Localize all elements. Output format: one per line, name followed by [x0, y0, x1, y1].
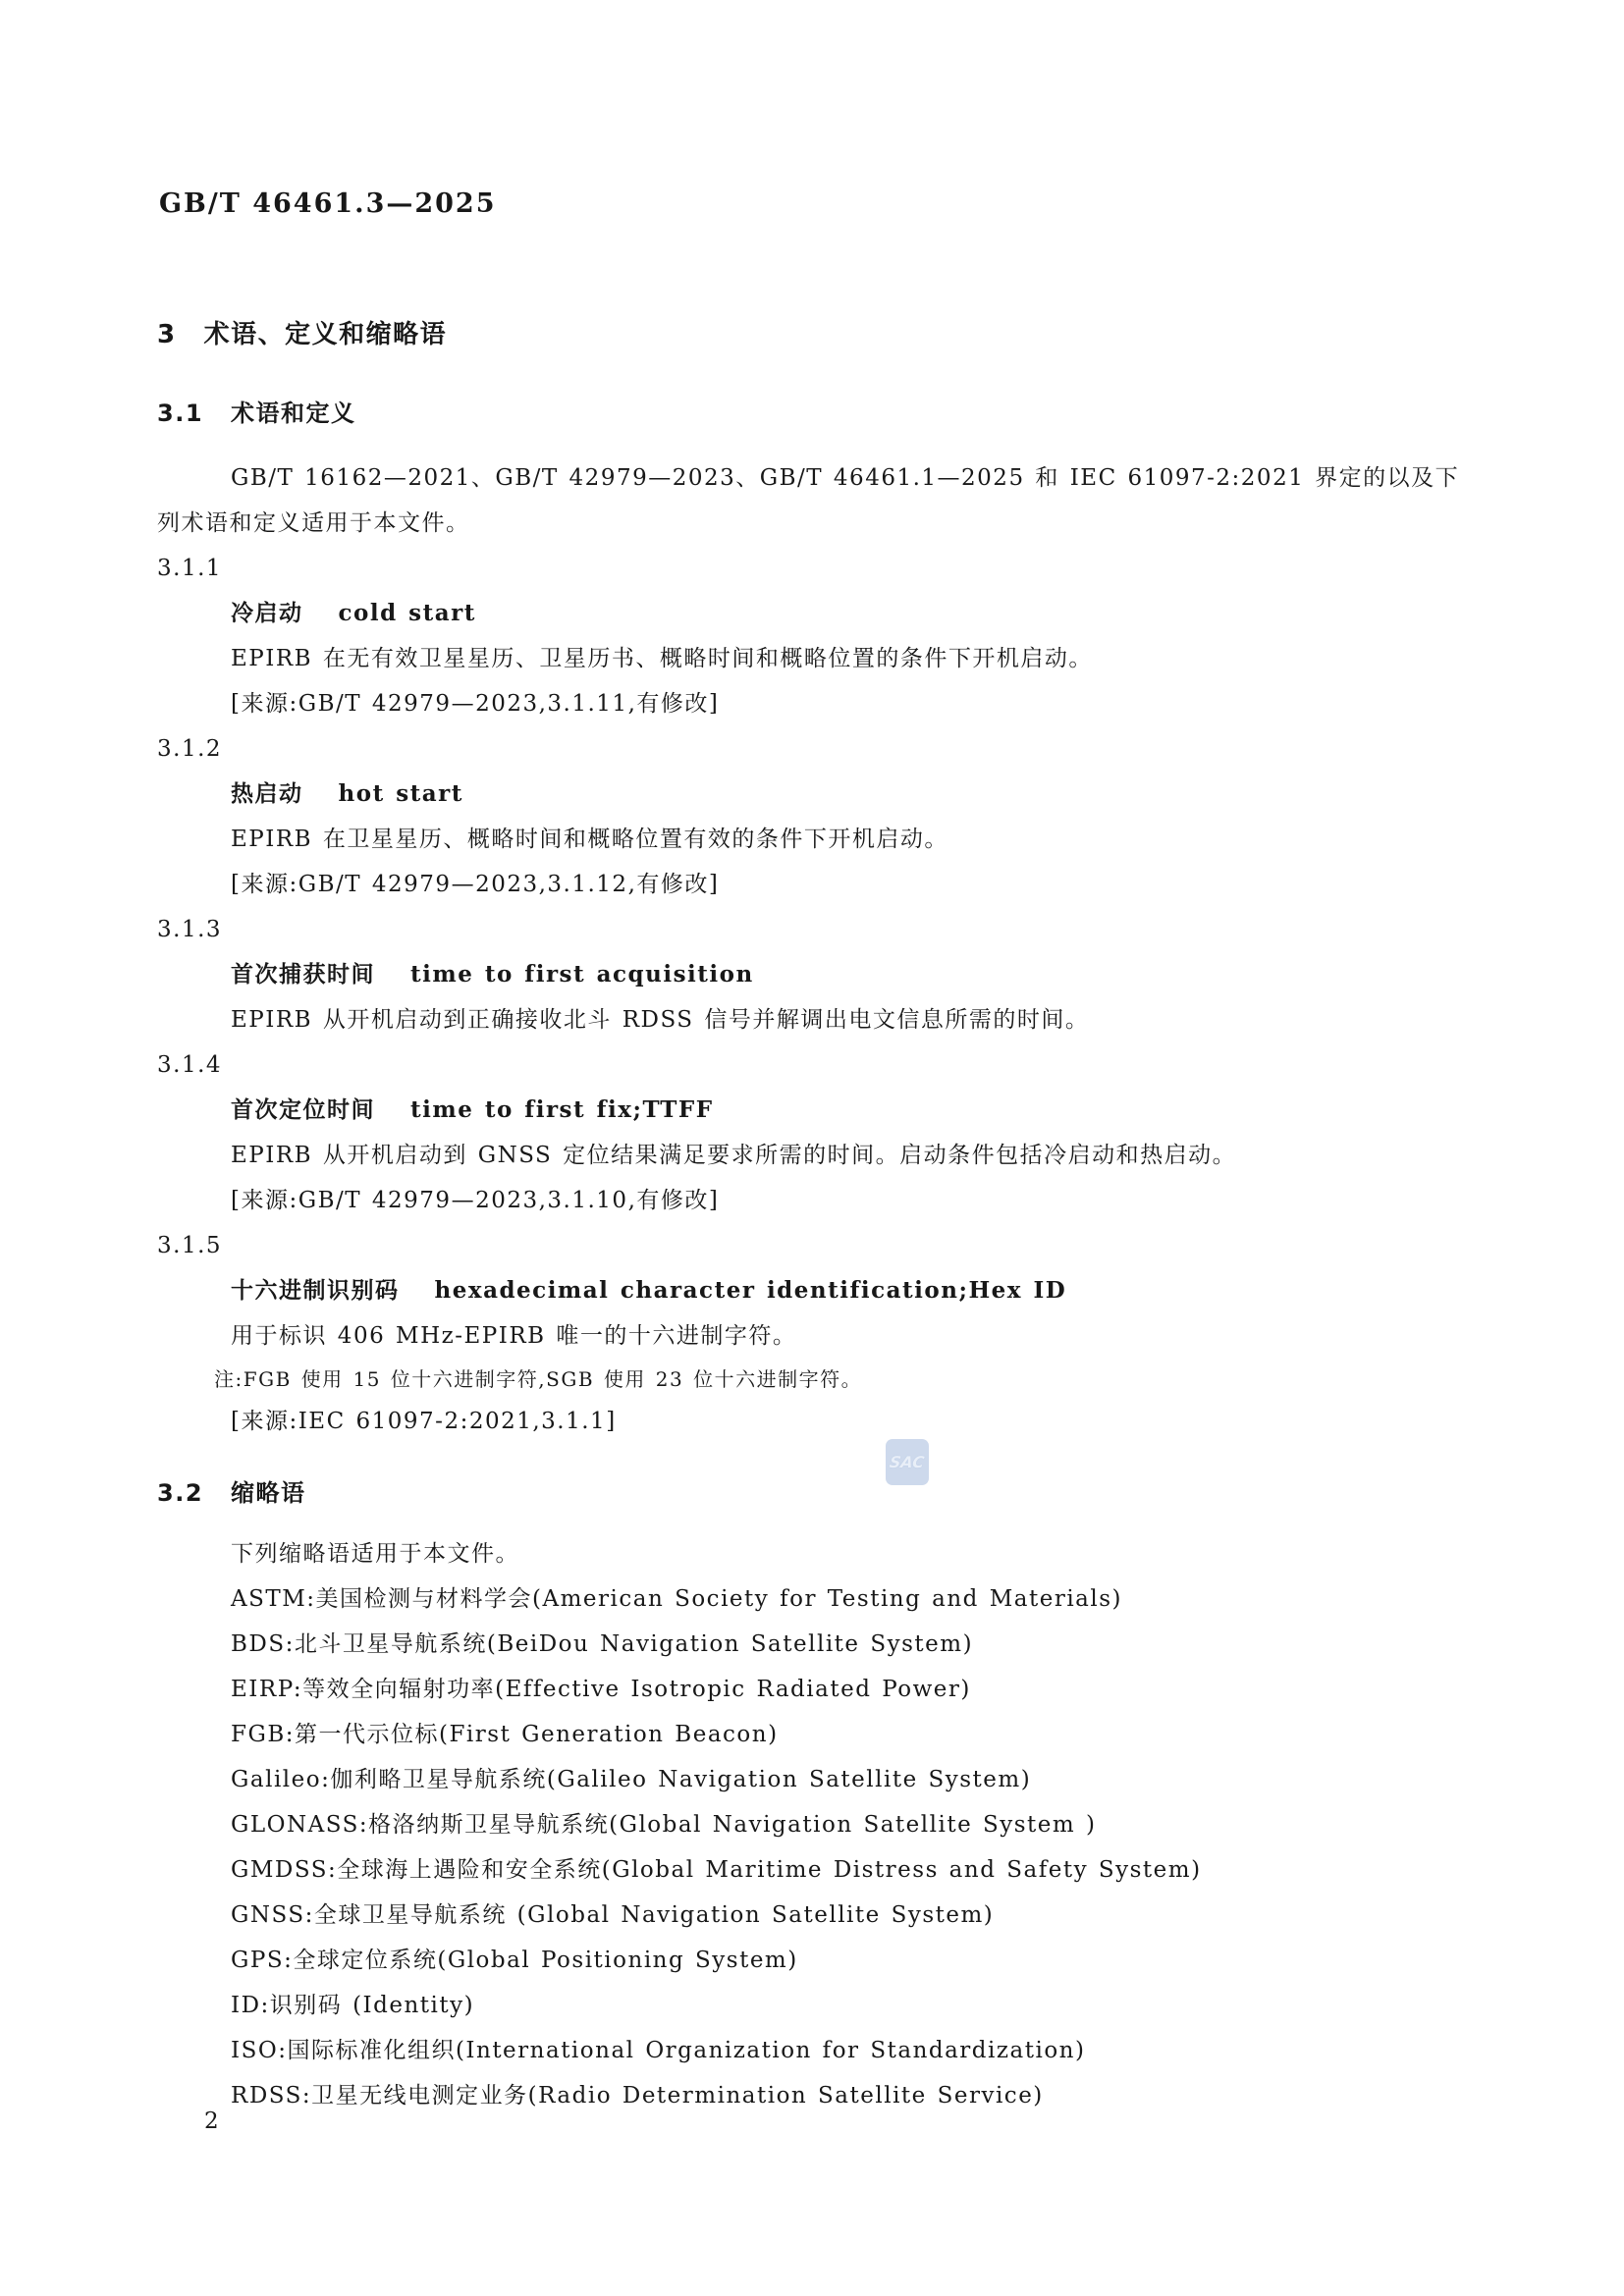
term-name-en: time to first fix;TTFF — [410, 1096, 714, 1123]
term-block-3-1-3: 3.1.3 首次捕获时间time to first acquisition EP… — [157, 907, 1463, 1042]
term-name-line: 首次定位时间time to first fix;TTFF — [157, 1088, 1463, 1133]
term-number: 3.1.3 — [157, 907, 1463, 952]
abbreviation-item-glonass: GLONASS:格洛纳斯卫星导航系统(Global Navigation Sat… — [157, 1802, 1463, 1847]
term-name-en: hot start — [339, 780, 463, 807]
term-source: [来源:GB/T 42979—2023,3.1.12,有修改] — [157, 862, 1463, 907]
section-3-2-number: 3.2 — [157, 1479, 203, 1507]
page-content: 3术语、定义和缩略语 3.1术语和定义 GB/T 16162—2021、GB/T… — [157, 312, 1463, 2118]
term-number: 3.1.5 — [157, 1223, 1463, 1268]
section-3-2-title: 缩略语 — [231, 1479, 306, 1507]
abbreviation-item-eirp: EIRP:等效全向辐射功率(Effective Isotropic Radiat… — [157, 1667, 1463, 1712]
section-3-heading: 3术语、定义和缩略语 — [157, 312, 1463, 357]
abbreviation-item-id: ID:识别码 (Identity) — [157, 1983, 1463, 2028]
term-number: 3.1.2 — [157, 726, 1463, 772]
abbreviations-intro-paragraph: 下列缩略语适用于本文件。 — [157, 1531, 1463, 1576]
term-source: [来源:GB/T 42979—2023,3.1.11,有修改] — [157, 681, 1463, 726]
document-header: GB/T 46461.3—2025 — [159, 188, 497, 219]
term-source: [来源:GB/T 42979—2023,3.1.10,有修改] — [157, 1178, 1463, 1223]
terms-intro-paragraph: GB/T 16162—2021、GB/T 42979—2023、GB/T 464… — [157, 455, 1463, 546]
section-3-1-title: 术语和定义 — [231, 400, 356, 427]
term-number: 3.1.1 — [157, 546, 1463, 591]
term-name-line: 热启动hot start — [157, 772, 1463, 817]
term-definition: EPIRB 在无有效卫星星历、卫星历书、概略时间和概略位置的条件下开机启动。 — [157, 636, 1463, 681]
term-definition: EPIRB 从开机启动到正确接收北斗 RDSS 信号并解调出电文信息所需的时间。 — [157, 997, 1463, 1042]
term-name-en: cold start — [339, 600, 476, 626]
term-number: 3.1.4 — [157, 1042, 1463, 1088]
term-note: 注:FGB 使用 15 位十六进制字符,SGB 使用 23 位十六进制字符。 — [157, 1359, 1463, 1400]
term-name-en: time to first acquisition — [410, 961, 754, 988]
term-name-line: 首次捕获时间time to first acquisition — [157, 952, 1463, 997]
term-definition: EPIRB 从开机启动到 GNSS 定位结果满足要求所需的时间。启动条件包括冷启… — [157, 1133, 1463, 1178]
abbreviation-item-gnss: GNSS:全球卫星导航系统 (Global Navigation Satelli… — [157, 1893, 1463, 1938]
section-3-1-heading: 3.1术语和定义 — [157, 391, 1463, 436]
abbreviation-item-gps: GPS:全球定位系统(Global Positioning System) — [157, 1938, 1463, 1983]
term-name-zh: 冷启动 — [231, 601, 303, 626]
term-name-zh: 十六进制识别码 — [231, 1278, 400, 1304]
abbreviation-item-bds: BDS:北斗卫星导航系统(BeiDou Navigation Satellite… — [157, 1622, 1463, 1667]
term-definition: EPIRB 在卫星星历、概略时间和概略位置有效的条件下开机启动。 — [157, 817, 1463, 862]
abbreviation-item-gmdss: GMDSS:全球海上遇险和安全系统(Global Maritime Distre… — [157, 1847, 1463, 1893]
term-name-zh: 首次定位时间 — [231, 1097, 375, 1123]
section-3-number: 3 — [157, 320, 177, 349]
document-page: GB/T 46461.3—2025 SAC 3术语、定义和缩略语 3.1术语和定… — [0, 0, 1624, 2296]
abbreviation-item-astm: ASTM:美国检测与材料学会(American Society for Test… — [157, 1576, 1463, 1622]
term-name-zh: 热启动 — [231, 781, 303, 807]
abbreviation-item-iso: ISO:国际标准化组织(International Organization f… — [157, 2028, 1463, 2073]
section-3-1-number: 3.1 — [157, 400, 203, 427]
term-name-zh: 首次捕获时间 — [231, 962, 375, 988]
section-3-2-heading: 3.2缩略语 — [157, 1470, 1463, 1516]
term-name-line: 十六进制识别码hexadecimal character identificat… — [157, 1268, 1463, 1313]
term-block-3-1-2: 3.1.2 热启动hot start EPIRB 在卫星星历、概略时间和概略位置… — [157, 726, 1463, 907]
term-block-3-1-5: 3.1.5 十六进制识别码hexadecimal character ident… — [157, 1223, 1463, 1443]
term-block-3-1-4: 3.1.4 首次定位时间time to first fix;TTFF EPIRB… — [157, 1042, 1463, 1223]
abbreviations-list: ASTM:美国检测与材料学会(American Society for Test… — [157, 1576, 1463, 2118]
term-definition: 用于标识 406 MHz-EPIRB 唯一的十六进制字符。 — [157, 1313, 1463, 1359]
abbreviation-item-rdss: RDSS:卫星无线电测定业务(Radio Determination Satel… — [157, 2073, 1463, 2118]
section-3-title: 术语、定义和缩略语 — [204, 320, 448, 349]
term-source: [来源:IEC 61097-2:2021,3.1.1] — [157, 1400, 1463, 1443]
abbreviation-item-fgb: FGB:第一代示位标(First Generation Beacon) — [157, 1712, 1463, 1757]
term-name-en: hexadecimal character identification;Hex… — [435, 1277, 1067, 1304]
term-name-line: 冷启动cold start — [157, 591, 1463, 636]
term-block-3-1-1: 3.1.1 冷启动cold start EPIRB 在无有效卫星星历、卫星历书、… — [157, 546, 1463, 726]
abbreviation-item-galileo: Galileo:伽利略卫星导航系统(Galileo Navigation Sat… — [157, 1757, 1463, 1802]
